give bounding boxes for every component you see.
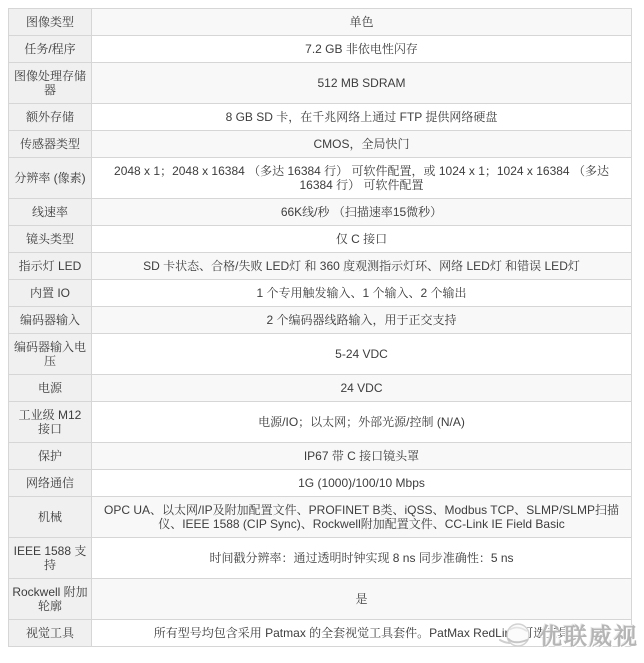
spec-value: 时间戳分辨率：通过透明时钟实现 8 ns 同步准确性：5 ns bbox=[92, 538, 632, 579]
spec-row: 工业级 M12 接口电源/IO；以太网；外部光源/控制 (N/A) bbox=[9, 402, 632, 443]
spec-value: 66K线/秒 （扫描速率15微秒） bbox=[92, 199, 632, 226]
spec-value: 1 个专用触发输入、1 个输入、2 个输出 bbox=[92, 280, 632, 307]
spec-label: 视觉工具 bbox=[9, 620, 92, 647]
spec-label: 保护 bbox=[9, 443, 92, 470]
spec-row: Rockwell 附加轮廓是 bbox=[9, 579, 632, 620]
spec-value: 2048 x 1；2048 x 16384 （多达 16384 行） 可软件配置… bbox=[92, 158, 632, 199]
spec-row: 保护IP67 带 C 接口镜头罩 bbox=[9, 443, 632, 470]
spec-row: 分辨率 (像素)2048 x 1；2048 x 16384 （多达 16384 … bbox=[9, 158, 632, 199]
spec-row: 视觉工具所有型号均包含采用 Patmax 的全套视觉工具套件。PatMax Re… bbox=[9, 620, 632, 647]
spec-table: 图像类型单色任务/程序7.2 GB 非依电性闪存图像处理存储器512 MB SD… bbox=[8, 8, 632, 647]
spec-value: 所有型号均包含采用 Patmax 的全套视觉工具套件。PatMax RedLin… bbox=[92, 620, 632, 647]
spec-value: 8 GB SD 卡，在千兆网络上通过 FTP 提供网络硬盘 bbox=[92, 104, 632, 131]
spec-row: 编码器输入电压5-24 VDC bbox=[9, 334, 632, 375]
spec-label: 编码器输入 bbox=[9, 307, 92, 334]
spec-row: 编码器输入2 个编码器线路输入，用于正交支持 bbox=[9, 307, 632, 334]
spec-row: 线速率66K线/秒 （扫描速率15微秒） bbox=[9, 199, 632, 226]
spec-label: 线速率 bbox=[9, 199, 92, 226]
spec-label: 指示灯 LED bbox=[9, 253, 92, 280]
spec-value: SD 卡状态、合格/失败 LED灯 和 360 度观测指示灯环、网络 LED灯 … bbox=[92, 253, 632, 280]
spec-row: 内置 IO1 个专用触发输入、1 个输入、2 个输出 bbox=[9, 280, 632, 307]
spec-value: 1G (1000)/100/10 Mbps bbox=[92, 470, 632, 497]
spec-label: 工业级 M12 接口 bbox=[9, 402, 92, 443]
spec-row: IEEE 1588 支持时间戳分辨率：通过透明时钟实现 8 ns 同步准确性：5… bbox=[9, 538, 632, 579]
spec-row: 任务/程序7.2 GB 非依电性闪存 bbox=[9, 36, 632, 63]
spec-value: 仅 C 接口 bbox=[92, 226, 632, 253]
spec-row: 图像类型单色 bbox=[9, 9, 632, 36]
spec-value: 是 bbox=[92, 579, 632, 620]
spec-table-body: 图像类型单色任务/程序7.2 GB 非依电性闪存图像处理存储器512 MB SD… bbox=[9, 9, 632, 647]
spec-label: 图像处理存储器 bbox=[9, 63, 92, 104]
spec-value: 24 VDC bbox=[92, 375, 632, 402]
spec-label: 分辨率 (像素) bbox=[9, 158, 92, 199]
spec-label: 电源 bbox=[9, 375, 92, 402]
spec-value: IP67 带 C 接口镜头罩 bbox=[92, 443, 632, 470]
spec-value: CMOS，全局快门 bbox=[92, 131, 632, 158]
spec-value: 电源/IO；以太网；外部光源/控制 (N/A) bbox=[92, 402, 632, 443]
spec-label: 机械 bbox=[9, 497, 92, 538]
spec-label: 镜头类型 bbox=[9, 226, 92, 253]
spec-label: 网络通信 bbox=[9, 470, 92, 497]
spec-label: 编码器输入电压 bbox=[9, 334, 92, 375]
spec-label: Rockwell 附加轮廓 bbox=[9, 579, 92, 620]
spec-page: 图像类型单色任务/程序7.2 GB 非依电性闪存图像处理存储器512 MB SD… bbox=[0, 0, 644, 663]
spec-value: 512 MB SDRAM bbox=[92, 63, 632, 104]
spec-value: 7.2 GB 非依电性闪存 bbox=[92, 36, 632, 63]
spec-row: 镜头类型仅 C 接口 bbox=[9, 226, 632, 253]
spec-row: 图像处理存储器512 MB SDRAM bbox=[9, 63, 632, 104]
spec-row: 机械OPC UA、以太网/IP及附加配置文件、PROFINET B类、iQSS、… bbox=[9, 497, 632, 538]
spec-row: 额外存储8 GB SD 卡，在千兆网络上通过 FTP 提供网络硬盘 bbox=[9, 104, 632, 131]
spec-row: 指示灯 LEDSD 卡状态、合格/失败 LED灯 和 360 度观测指示灯环、网… bbox=[9, 253, 632, 280]
spec-label: 图像类型 bbox=[9, 9, 92, 36]
spec-label: IEEE 1588 支持 bbox=[9, 538, 92, 579]
spec-label: 传感器类型 bbox=[9, 131, 92, 158]
spec-row: 传感器类型CMOS，全局快门 bbox=[9, 131, 632, 158]
spec-value: 2 个编码器线路输入，用于正交支持 bbox=[92, 307, 632, 334]
spec-value: 单色 bbox=[92, 9, 632, 36]
spec-label: 额外存储 bbox=[9, 104, 92, 131]
spec-label: 内置 IO bbox=[9, 280, 92, 307]
spec-label: 任务/程序 bbox=[9, 36, 92, 63]
spec-value: 5-24 VDC bbox=[92, 334, 632, 375]
spec-row: 网络通信1G (1000)/100/10 Mbps bbox=[9, 470, 632, 497]
spec-value: OPC UA、以太网/IP及附加配置文件、PROFINET B类、iQSS、Mo… bbox=[92, 497, 632, 538]
spec-row: 电源24 VDC bbox=[9, 375, 632, 402]
